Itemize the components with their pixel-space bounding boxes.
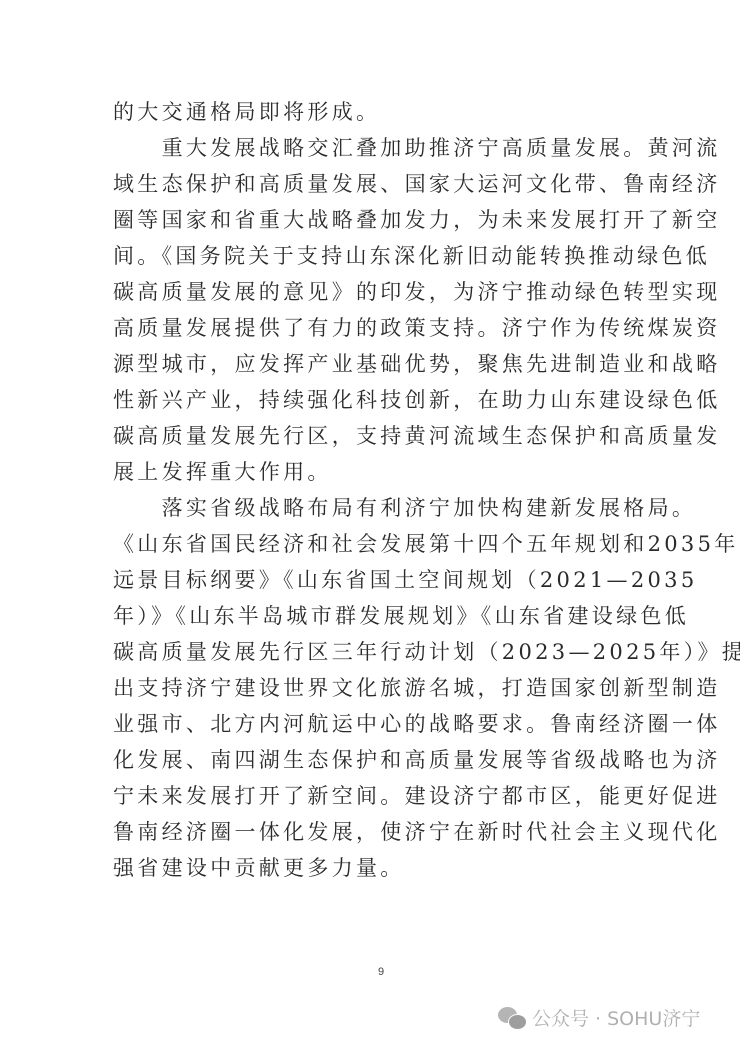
- text-line: 鲁南经济圈一体化发展，使济宁在新时代社会主义现代化: [113, 814, 633, 850]
- text-line: 域生态保护和高质量发展、国家大运河文化带、鲁南经济: [113, 166, 633, 202]
- text-line: 《山东省国民经济和社会发展第十四个五年规划和2035年: [113, 526, 633, 562]
- text-line: 远景目标纲要》《山东省国土空间规划（2021—2035: [113, 562, 633, 598]
- paragraph-start-line: 重大发展战略交汇叠加助推济宁高质量发展。黄河流: [113, 130, 633, 166]
- document-body: 的大交通格局即将形成。 重大发展战略交汇叠加助推济宁高质量发展。黄河流 域生态保…: [113, 94, 633, 886]
- text-line: 性新兴产业，持续强化科技创新，在助力山东建设绿色低: [113, 382, 633, 418]
- text-line: 出支持济宁建设世界文化旅游名城，打造国家创新型制造: [113, 670, 633, 706]
- paragraph-start-line: 落实省级战略布局有利济宁加快构建新发展格局。: [113, 490, 633, 526]
- text-line: 强省建设中贡献更多力量。: [113, 850, 633, 886]
- wechat-icon: [498, 1007, 526, 1029]
- text-line: 圈等国家和省重大战略叠加发力，为未来发展打开了新空: [113, 202, 633, 238]
- text-line: 间。《国务院关于支持山东深化新旧动能转换推动绿色低: [113, 238, 633, 274]
- text-line: 化发展、南四湖生态保护和高质量发展等省级战略也为济: [113, 742, 633, 778]
- text-line: 宁未来发展打开了新空间。建设济宁都市区，能更好促进: [113, 778, 633, 814]
- text-line: 年）》《山东半岛城市群发展规划》《山东省建设绿色低: [113, 598, 633, 634]
- text-line: 碳高质量发展先行区，支持黄河流域生态保护和高质量发: [113, 418, 633, 454]
- text-line: 碳高质量发展先行区三年行动计划（2023—2025年）》提: [113, 634, 633, 670]
- text-line: 碳高质量发展的意见》的印发，为济宁推动绿色转型实现: [113, 274, 633, 310]
- page-number: 9: [378, 966, 384, 978]
- text-line: 展上发挥重大作用。: [113, 454, 633, 490]
- text-line: 业强市、北方内河航运中心的战略要求。鲁南经济圈一体: [113, 706, 633, 742]
- watermark-text: 公众号 · SOHU济宁: [532, 1004, 700, 1031]
- text-line: 高质量发展提供了有力的政策支持。济宁作为传统煤炭资: [113, 310, 633, 346]
- watermark: 公众号 · SOHU济宁: [498, 1004, 700, 1031]
- text-line: 的大交通格局即将形成。: [113, 94, 633, 130]
- text-line: 源型城市，应发挥产业基础优势，聚焦先进制造业和战略: [113, 346, 633, 382]
